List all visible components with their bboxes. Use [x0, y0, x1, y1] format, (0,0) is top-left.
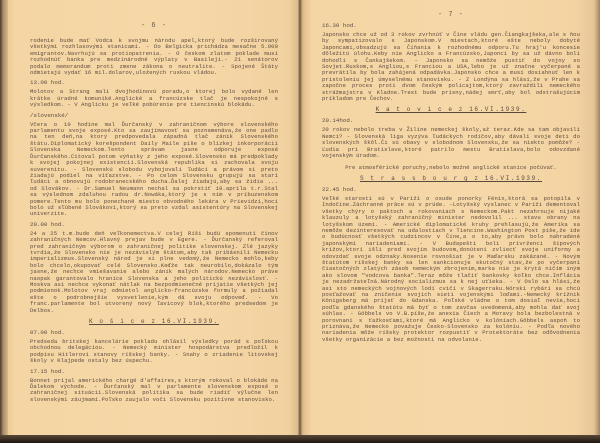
station-dateline: K o š i c e z 16.VI.1939. — [30, 318, 278, 326]
paragraph: rodenie bude mať Vodca k svojmu národu a… — [30, 38, 278, 76]
paragraph: Predseda britskej kancelárie pokladu ohl… — [30, 339, 278, 365]
time-heading: 13.00 hod. — [30, 79, 278, 86]
left-page: - 6 - rodenie bude mať Vodca k svojmu ná… — [0, 0, 300, 435]
paragraph: Veľké starosti sú v Paríži o osude ponor… — [322, 196, 580, 343]
paragraph: Bonnet prijal amerického chargé d'affair… — [30, 378, 278, 404]
reception-note: Pre atmosférické poruchy,nebolo možné an… — [322, 165, 580, 171]
time-heading: 17.15 hod. — [30, 368, 278, 375]
time-heading: 22.45 hod. — [322, 186, 580, 193]
page-edge — [594, 0, 600, 435]
right-page: - 7 - 16.30 hod. Japonsko chce už od 3 r… — [300, 0, 600, 435]
page-number: - 7 - — [322, 11, 580, 19]
station-dateline: S t r a s s b o u r g z 16.VI.1939. — [322, 175, 580, 183]
paragraph: 20 rokov nebolo treba v Žiline nemeckej … — [322, 127, 580, 159]
page-number: - 6 - — [30, 22, 278, 30]
paragraph: 24 a 25 t.m.bude deň veľkonemectva.V cel… — [30, 231, 278, 314]
paragraph: Molotov a Strang mali dvojhodinovú porad… — [30, 89, 278, 108]
book-gutter — [298, 0, 302, 435]
time-heading: 07.00 hod. — [30, 329, 278, 336]
scan-bottom-shadow — [0, 435, 600, 443]
time-heading: 16.30 hod. — [322, 22, 580, 29]
section-label: /slovenské/ — [30, 112, 278, 119]
station-dateline: K a t o v i c e z 16.VI.1939. — [322, 106, 580, 114]
paragraph: Včera o 10 hodine mal Ďurčanský v zahran… — [30, 122, 278, 218]
time-heading: 20.14hod. — [322, 117, 580, 124]
binding-edge — [0, 0, 8, 435]
time-heading: 20.00 hod. — [30, 221, 278, 228]
paragraph: Japonsko chce už od 3 rokov zvrhnúť v Čí… — [322, 32, 580, 102]
